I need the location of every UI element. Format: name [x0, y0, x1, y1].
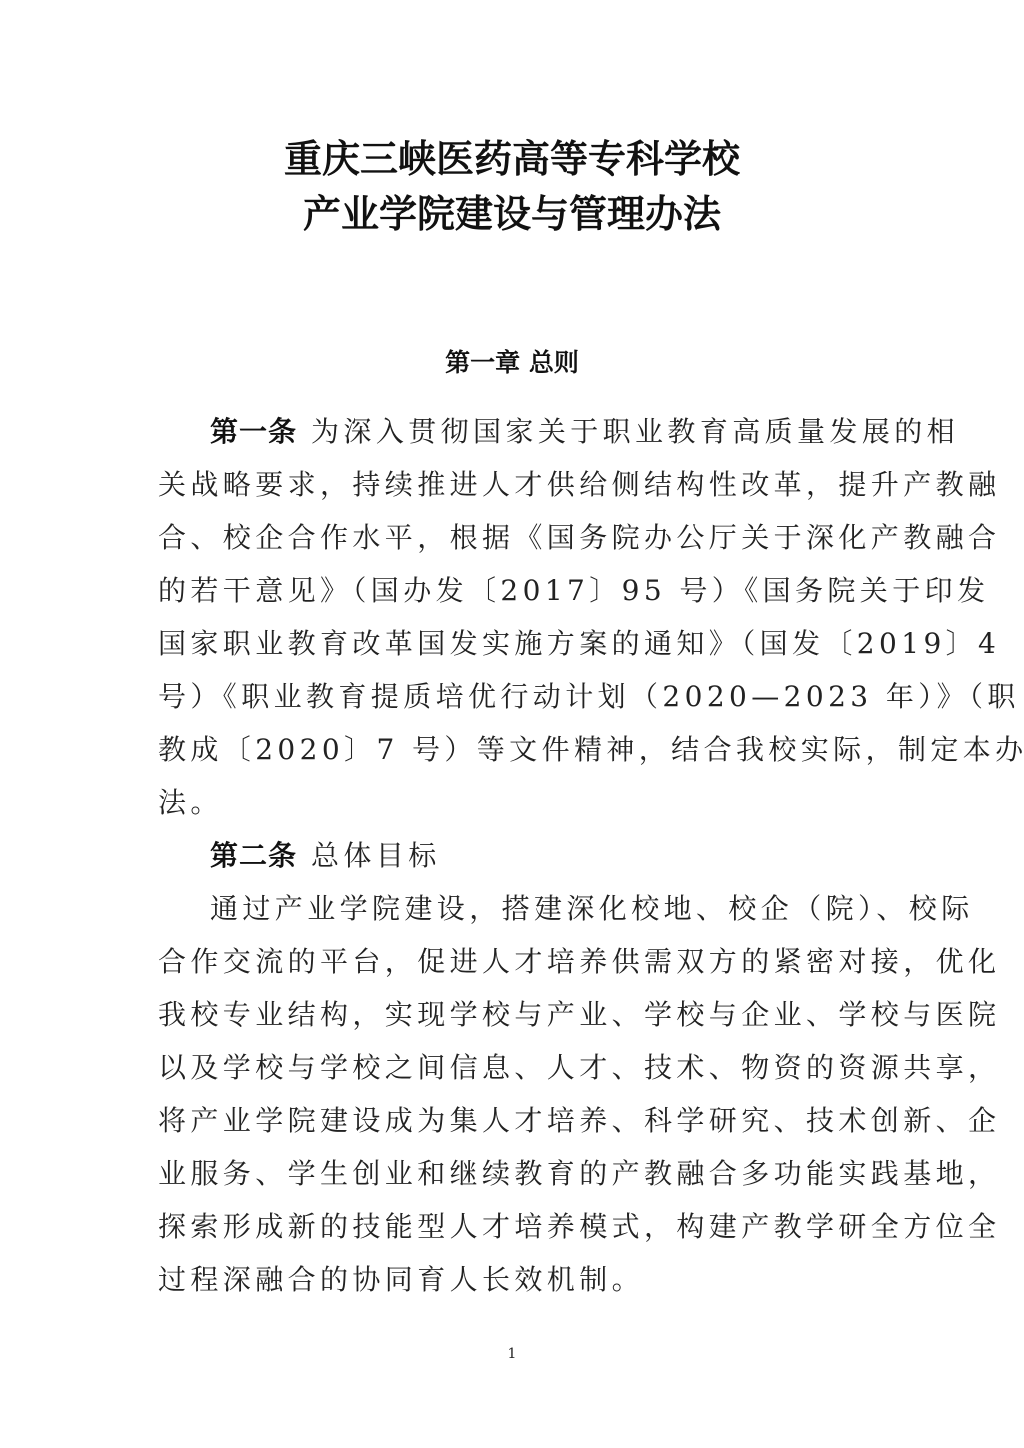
paragraph-line: 为深入贯彻国家关于职业教育高质量发展的相 — [311, 415, 959, 448]
paragraph-line: 教成〔2020〕7 号）等文件精神，结合我校实际，制定本办 — [158, 728, 870, 768]
paragraph-line: 过程深融合的协同育人长效机制。 — [158, 1258, 870, 1298]
paragraph-line: 号）《职业教育提质培优行动计划（2020—2023 年）》（职 — [158, 675, 870, 715]
page-number: 1 — [0, 1346, 1024, 1362]
document-title-line-2: 产业学院建设与管理办法 — [0, 183, 1024, 238]
article-2-label: 第二条 — [210, 839, 297, 872]
document-title-line-1: 重庆三峡医药高等专科学校 — [0, 128, 1024, 183]
paragraph-line: 法。 — [158, 781, 870, 821]
paragraph-line: 通过产业学院建设，搭建深化校地、校企（院）、校际 — [210, 887, 922, 927]
article-1-first-line: 第一条为深入贯彻国家关于职业教育高质量发展的相 — [210, 410, 922, 450]
paragraph-line: 合、校企合作水平，根据《国务院办公厅关于深化产教融合 — [158, 516, 870, 556]
paragraph-line: 国家职业教育改革国发实施方案的通知》（国发〔2019〕4 — [158, 622, 870, 662]
paragraph-line: 关战略要求，持续推进人才供给侧结构性改革，提升产教融 — [158, 463, 870, 503]
paragraph-line: 的若干意见》（国办发〔2017〕95 号）《国务院关于印发 — [158, 569, 870, 609]
paragraph-line: 业服务、学生创业和继续教育的产教融合多功能实践基地， — [158, 1152, 870, 1192]
article-1-label: 第一条 — [210, 415, 297, 448]
paragraph-line: 我校专业结构，实现学校与产业、学校与企业、学校与医院 — [158, 993, 870, 1033]
article-2-heading-text: 总体目标 — [311, 839, 441, 872]
paragraph-line: 将产业学院建设成为集人才培养、科学研究、技术创新、企 — [158, 1099, 870, 1139]
paragraph-line: 以及学校与学校之间信息、人才、技术、物资的资源共享， — [158, 1046, 870, 1086]
paragraph-line: 合作交流的平台，促进人才培养供需双方的紧密对接，优化 — [158, 940, 870, 980]
article-2-heading: 第二条总体目标 — [210, 834, 922, 874]
paragraph-line: 探索形成新的技能型人才培养模式，构建产教学研全方位全 — [158, 1205, 870, 1245]
chapter-heading: 第一章 总则 — [0, 343, 1024, 379]
